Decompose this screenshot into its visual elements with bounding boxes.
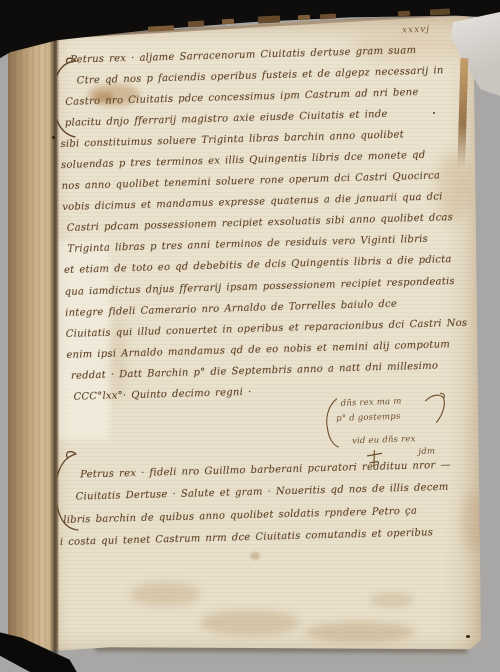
ink-speck: [433, 112, 435, 114]
note-line: dñs rex ma m: [341, 397, 402, 409]
note-line: jdm: [418, 447, 435, 458]
debris-fleck: [222, 19, 234, 25]
stain: [305, 622, 415, 642]
debris-fleck: [398, 11, 410, 17]
manuscript-photo: xxxvj Petrus rex · aljame Sarracenorum C…: [0, 0, 500, 672]
manuscript-page: xxxvj Petrus rex · aljame Sarracenorum C…: [50, 12, 484, 655]
debris-fleck: [320, 14, 336, 20]
stain: [130, 582, 200, 606]
ink-speck: [52, 136, 55, 139]
note-flourish-right: [424, 392, 447, 425]
entry1-block: Petrus rex · aljame Sarracenorum Ciuitat…: [58, 44, 460, 413]
debris-fleck: [298, 15, 310, 21]
stain: [370, 592, 414, 608]
debris-fleck: [258, 15, 280, 23]
note-line: p° d gostemps: [336, 412, 401, 424]
folio-number: xxxvj: [402, 24, 431, 35]
gutter-shadow: [50, 36, 59, 654]
debris-fleck: [430, 8, 450, 15]
debris-fleck: [188, 21, 204, 28]
note-line: vid eu dñs rex: [352, 434, 416, 446]
ink-speck: [466, 635, 470, 638]
entry2-block: Petrus rex · fideli nro Guillmo barberan…: [58, 459, 464, 559]
stain: [200, 610, 300, 636]
